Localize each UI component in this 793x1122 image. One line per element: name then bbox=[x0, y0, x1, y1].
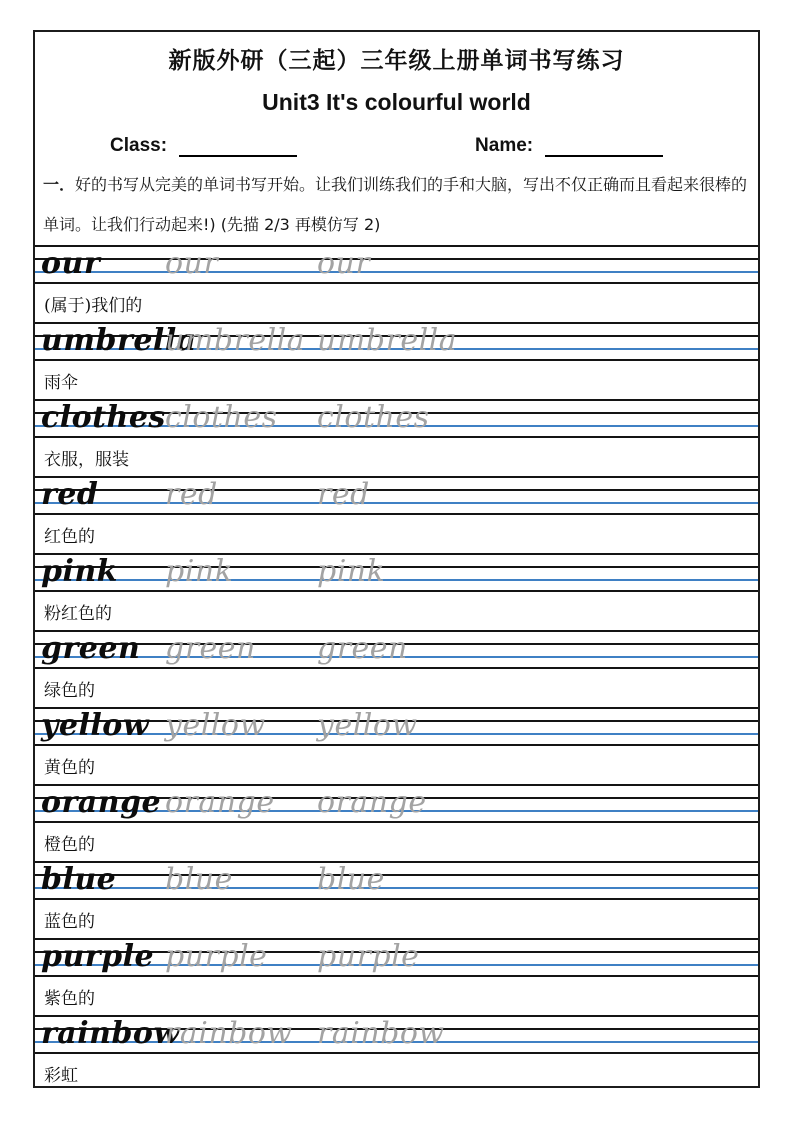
name-blank-line[interactable] bbox=[545, 137, 663, 157]
word-meaning: 紫色的 bbox=[35, 977, 758, 1015]
stave-baseline-blue bbox=[35, 271, 758, 273]
writing-stave[interactable]: our our our bbox=[35, 245, 758, 284]
class-name-row: Class: Name: bbox=[35, 131, 758, 157]
word-trace-1: rainbow bbox=[165, 1019, 293, 1049]
word-trace-2: our bbox=[317, 249, 370, 279]
word-trace-2: green bbox=[317, 634, 408, 664]
writing-stave[interactable]: pink pink pink bbox=[35, 553, 758, 592]
stave-baseline-blue bbox=[35, 502, 758, 504]
word-block: clothes clothes clothes 衣服，服装 bbox=[35, 399, 758, 476]
word-block: umbrella umbrella umbrella 雨伞 bbox=[35, 322, 758, 399]
word-trace-2: rainbow bbox=[317, 1019, 445, 1049]
word-trace-2: yellow bbox=[317, 711, 418, 741]
stave-baseline-blue bbox=[35, 579, 758, 581]
stave-bottom-line bbox=[35, 436, 758, 438]
worksheet-sheet: 新版外研（三起）三年级上册单词书写练习 Unit3 It's colourful… bbox=[33, 30, 760, 1088]
word-meaning: 雨伞 bbox=[35, 361, 758, 399]
word-sample-solid: clothes bbox=[41, 403, 166, 433]
word-sample-solid: rainbow bbox=[41, 1019, 180, 1049]
stave-top-line bbox=[35, 553, 758, 555]
word-sample-solid: our bbox=[41, 249, 100, 279]
word-block: our our our (属于)我们的 bbox=[35, 245, 758, 322]
word-meaning: 黄色的 bbox=[35, 746, 758, 784]
instructions: 一．好的书写从完美的单词书写开始。让我们训练我们的手和大脑，写出不仅正确而且看起… bbox=[35, 165, 758, 245]
word-trace-1: purple bbox=[165, 942, 267, 972]
word-trace-2: orange bbox=[317, 788, 427, 818]
word-trace-1: clothes bbox=[165, 403, 277, 433]
word-block: yellow yellow yellow 黄色的 bbox=[35, 707, 758, 784]
word-meaning: 彩虹 bbox=[35, 1054, 758, 1088]
instructions-text: 好的书写从完美的单词书写开始。让我们训练我们的手和大脑，写出不仅正确而且看起来很… bbox=[43, 175, 747, 234]
word-trace-1: pink bbox=[165, 557, 233, 587]
stave-bottom-line bbox=[35, 667, 758, 669]
word-sample-solid: yellow bbox=[41, 711, 149, 741]
word-sample-solid: green bbox=[41, 634, 140, 664]
word-block: green green green 绿色的 bbox=[35, 630, 758, 707]
word-trace-1: our bbox=[165, 249, 218, 279]
writing-stave[interactable]: orange orange orange bbox=[35, 784, 758, 823]
writing-stave[interactable]: purple purple purple bbox=[35, 938, 758, 977]
word-sample-solid: orange bbox=[41, 788, 161, 818]
word-trace-1: blue bbox=[165, 865, 233, 895]
word-block: pink pink pink 粉红色的 bbox=[35, 553, 758, 630]
word-trace-2: blue bbox=[317, 865, 385, 895]
word-meaning: 衣服，服装 bbox=[35, 438, 758, 476]
word-sample-solid: pink bbox=[41, 557, 118, 587]
stave-midtop-line bbox=[35, 489, 758, 491]
writing-stave[interactable]: rainbow rainbow rainbow bbox=[35, 1015, 758, 1054]
word-meaning: 橙色的 bbox=[35, 823, 758, 861]
stave-bottom-line bbox=[35, 590, 758, 592]
word-trace-1: umbrella bbox=[165, 326, 305, 356]
writing-stave[interactable]: red red red bbox=[35, 476, 758, 515]
stave-bottom-line bbox=[35, 898, 758, 900]
word-meaning: 红色的 bbox=[35, 515, 758, 553]
writing-stave[interactable]: umbrella umbrella umbrella bbox=[35, 322, 758, 361]
word-meaning: 粉红色的 bbox=[35, 592, 758, 630]
word-sample-solid: blue bbox=[41, 865, 116, 895]
word-sample-solid: purple bbox=[41, 942, 154, 972]
stave-top-line bbox=[35, 861, 758, 863]
section-marker: 一． bbox=[43, 175, 75, 194]
stave-bottom-line bbox=[35, 282, 758, 284]
word-block: red red red 红色的 bbox=[35, 476, 758, 553]
word-trace-1: red bbox=[165, 480, 218, 510]
stave-top-line bbox=[35, 476, 758, 478]
class-label: Class: bbox=[110, 135, 167, 157]
unit-subtitle: Unit3 It's colourful world bbox=[35, 87, 758, 117]
word-block: orange orange orange 橙色的 bbox=[35, 784, 758, 861]
name-label: Name: bbox=[475, 135, 533, 157]
stave-midtop-line bbox=[35, 566, 758, 568]
stave-top-line bbox=[35, 245, 758, 247]
stave-midtop-line bbox=[35, 874, 758, 876]
stave-bottom-line bbox=[35, 513, 758, 515]
word-trace-1: green bbox=[165, 634, 256, 664]
writing-stave[interactable]: yellow yellow yellow bbox=[35, 707, 758, 746]
word-block: blue blue blue 蓝色的 bbox=[35, 861, 758, 938]
stave-bottom-line bbox=[35, 1052, 758, 1054]
stave-bottom-line bbox=[35, 975, 758, 977]
word-trace-2: purple bbox=[317, 942, 419, 972]
word-meaning: 绿色的 bbox=[35, 669, 758, 707]
writing-stave[interactable]: green green green bbox=[35, 630, 758, 669]
stave-bottom-line bbox=[35, 744, 758, 746]
class-blank-line[interactable] bbox=[179, 137, 297, 157]
writing-stave[interactable]: blue blue blue bbox=[35, 861, 758, 900]
stave-bottom-line bbox=[35, 359, 758, 361]
word-trace-2: umbrella bbox=[317, 326, 457, 356]
word-trace-2: red bbox=[317, 480, 370, 510]
word-trace-1: yellow bbox=[165, 711, 266, 741]
word-sample-solid: red bbox=[41, 480, 98, 510]
writing-stave[interactable]: clothes clothes clothes bbox=[35, 399, 758, 438]
word-trace-2: pink bbox=[317, 557, 385, 587]
stave-bottom-line bbox=[35, 821, 758, 823]
word-trace-2: clothes bbox=[317, 403, 429, 433]
word-practice-list: our our our (属于)我们的 umbrella umbrella um… bbox=[35, 245, 758, 1088]
stave-baseline-blue bbox=[35, 887, 758, 889]
stave-midtop-line bbox=[35, 258, 758, 260]
page-title: 新版外研（三起）三年级上册单词书写练习 bbox=[35, 46, 758, 77]
word-block: purple purple purple 紫色的 bbox=[35, 938, 758, 1015]
word-meaning: 蓝色的 bbox=[35, 900, 758, 938]
word-trace-1: orange bbox=[165, 788, 275, 818]
word-meaning: (属于)我们的 bbox=[35, 284, 758, 322]
word-block: rainbow rainbow rainbow 彩虹 bbox=[35, 1015, 758, 1088]
